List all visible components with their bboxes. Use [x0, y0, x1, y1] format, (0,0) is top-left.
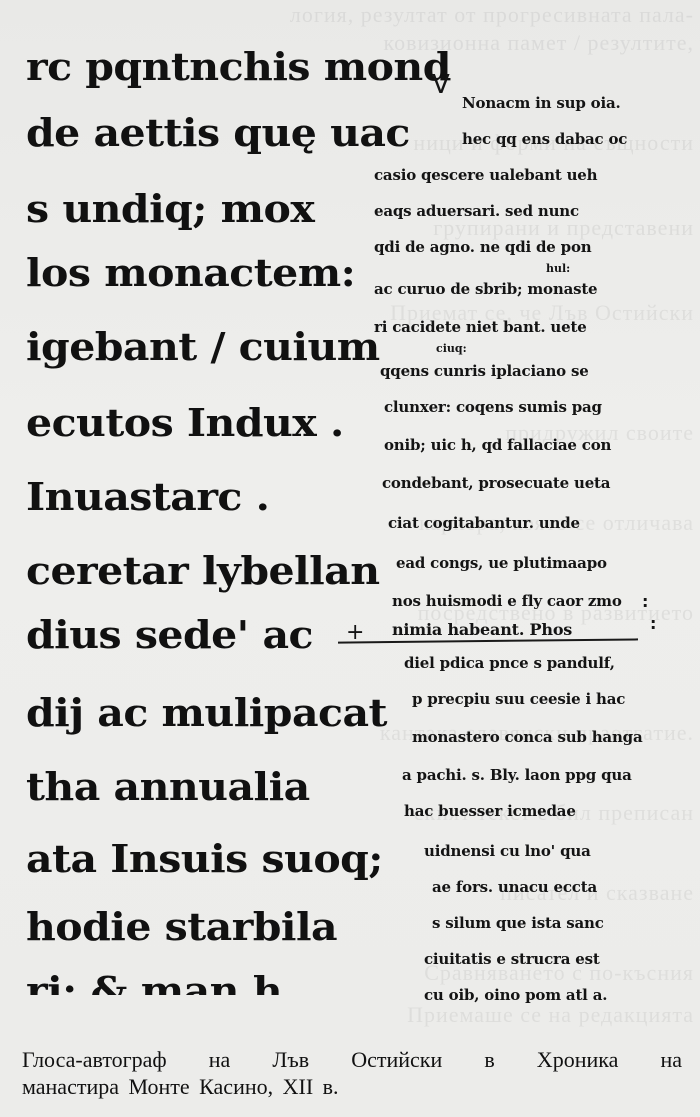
gloss-line: uidnensi cu lno' qua [424, 842, 591, 860]
gloss-superscript: ciuq: [436, 342, 467, 355]
manuscript-line: rc pqntnchis mond [26, 44, 451, 89]
gloss-line: cu oib, oino pom atl a. [424, 986, 607, 1004]
gloss-line: s silum que ista sanc [432, 914, 604, 932]
gloss-line: ciat cogitabantur. unde [388, 514, 580, 532]
manuscript-line: ecutos Indux . [26, 400, 344, 445]
gloss-line: nos huismodi e fly caor zmo [392, 592, 622, 610]
manuscript-line: ata Insuis suoq; [26, 836, 383, 881]
gloss-line: hac buesser icmedae [404, 802, 576, 820]
margin-mark: : [642, 592, 648, 611]
gloss-line: qqens cunris iplaciano se [380, 362, 589, 380]
bleed-line: Приемат се, че Лъв Остийски [0, 300, 700, 326]
manuscript-line: Inuastarc . [26, 474, 269, 519]
caption-line-2: манастира Монте Касино, XII в. [22, 1073, 682, 1100]
gloss-line: ri cacidete niet bant. uete [374, 318, 587, 336]
gloss-line: Nonacm in sup oia. [462, 94, 621, 112]
bleed-line: Приемаше се на редакцията [0, 1002, 700, 1028]
gloss-line: hec qq ens dabac oc [462, 130, 627, 148]
manuscript-line: de aettis quę uac [26, 110, 410, 155]
gloss-line: diel pdica pnce s pandulf, [404, 654, 615, 672]
margin-mark: : [650, 614, 656, 633]
gloss-line: condebant, prosecuate ueta [382, 474, 610, 492]
gloss-superscript: hul: [546, 262, 570, 275]
bleed-line: логия, резултат от прогресивната пала- [0, 2, 700, 28]
manuscript-line: igebant / cuium [26, 324, 380, 369]
document-page: логия, резултат от прогресивната пала- к… [0, 0, 700, 1117]
gloss-line: ead congs, ue plutimaapo [396, 554, 607, 572]
manuscript-line: tha annualia [26, 764, 310, 809]
gloss-line: eaqs aduersari. sed nunc [374, 202, 579, 220]
gloss-line: p precpiu suu ceesie i hac [412, 690, 625, 708]
gloss-line: casio qescere ualebant ueh [374, 166, 597, 184]
gloss-line: ciuitatis e strucra est [424, 950, 600, 968]
gloss-line: ae fors. unacu eccta [432, 878, 597, 896]
gloss-line: ac curuo de sbrib; monaste [374, 280, 597, 298]
manuscript-line: dius sede' ac [26, 612, 313, 657]
gloss-insertion-marker: V [432, 70, 450, 100]
gloss-line: clunxer: coqens sumis pag [384, 398, 602, 416]
manuscript-line: s undiq; mox [26, 186, 314, 231]
caption-line-1: Глоса-автограф на Лъв Остийски в Хроника… [22, 1046, 682, 1073]
figure-caption: Глоса-автограф на Лъв Остийски в Хроника… [22, 1046, 682, 1100]
manuscript-line: hodie starbila [26, 904, 337, 949]
manuscript-line: los monactem: [26, 250, 355, 295]
manuscript-line: ceretar lybellan [26, 548, 380, 593]
manuscript-line: dij ac mulipacat [26, 690, 387, 735]
gloss-line: a pachi. s. Bly. laon ppg qua [402, 766, 632, 784]
gloss-line: monastero conca sub hanga [412, 728, 642, 746]
underline-rule [338, 638, 638, 643]
gloss-line: nimia habeant. Phos [392, 620, 572, 639]
gloss-line: onib; uic h, qd fallaciae con [384, 436, 611, 454]
gloss-line: qdi de agno. ne qdi de pon [374, 238, 591, 256]
